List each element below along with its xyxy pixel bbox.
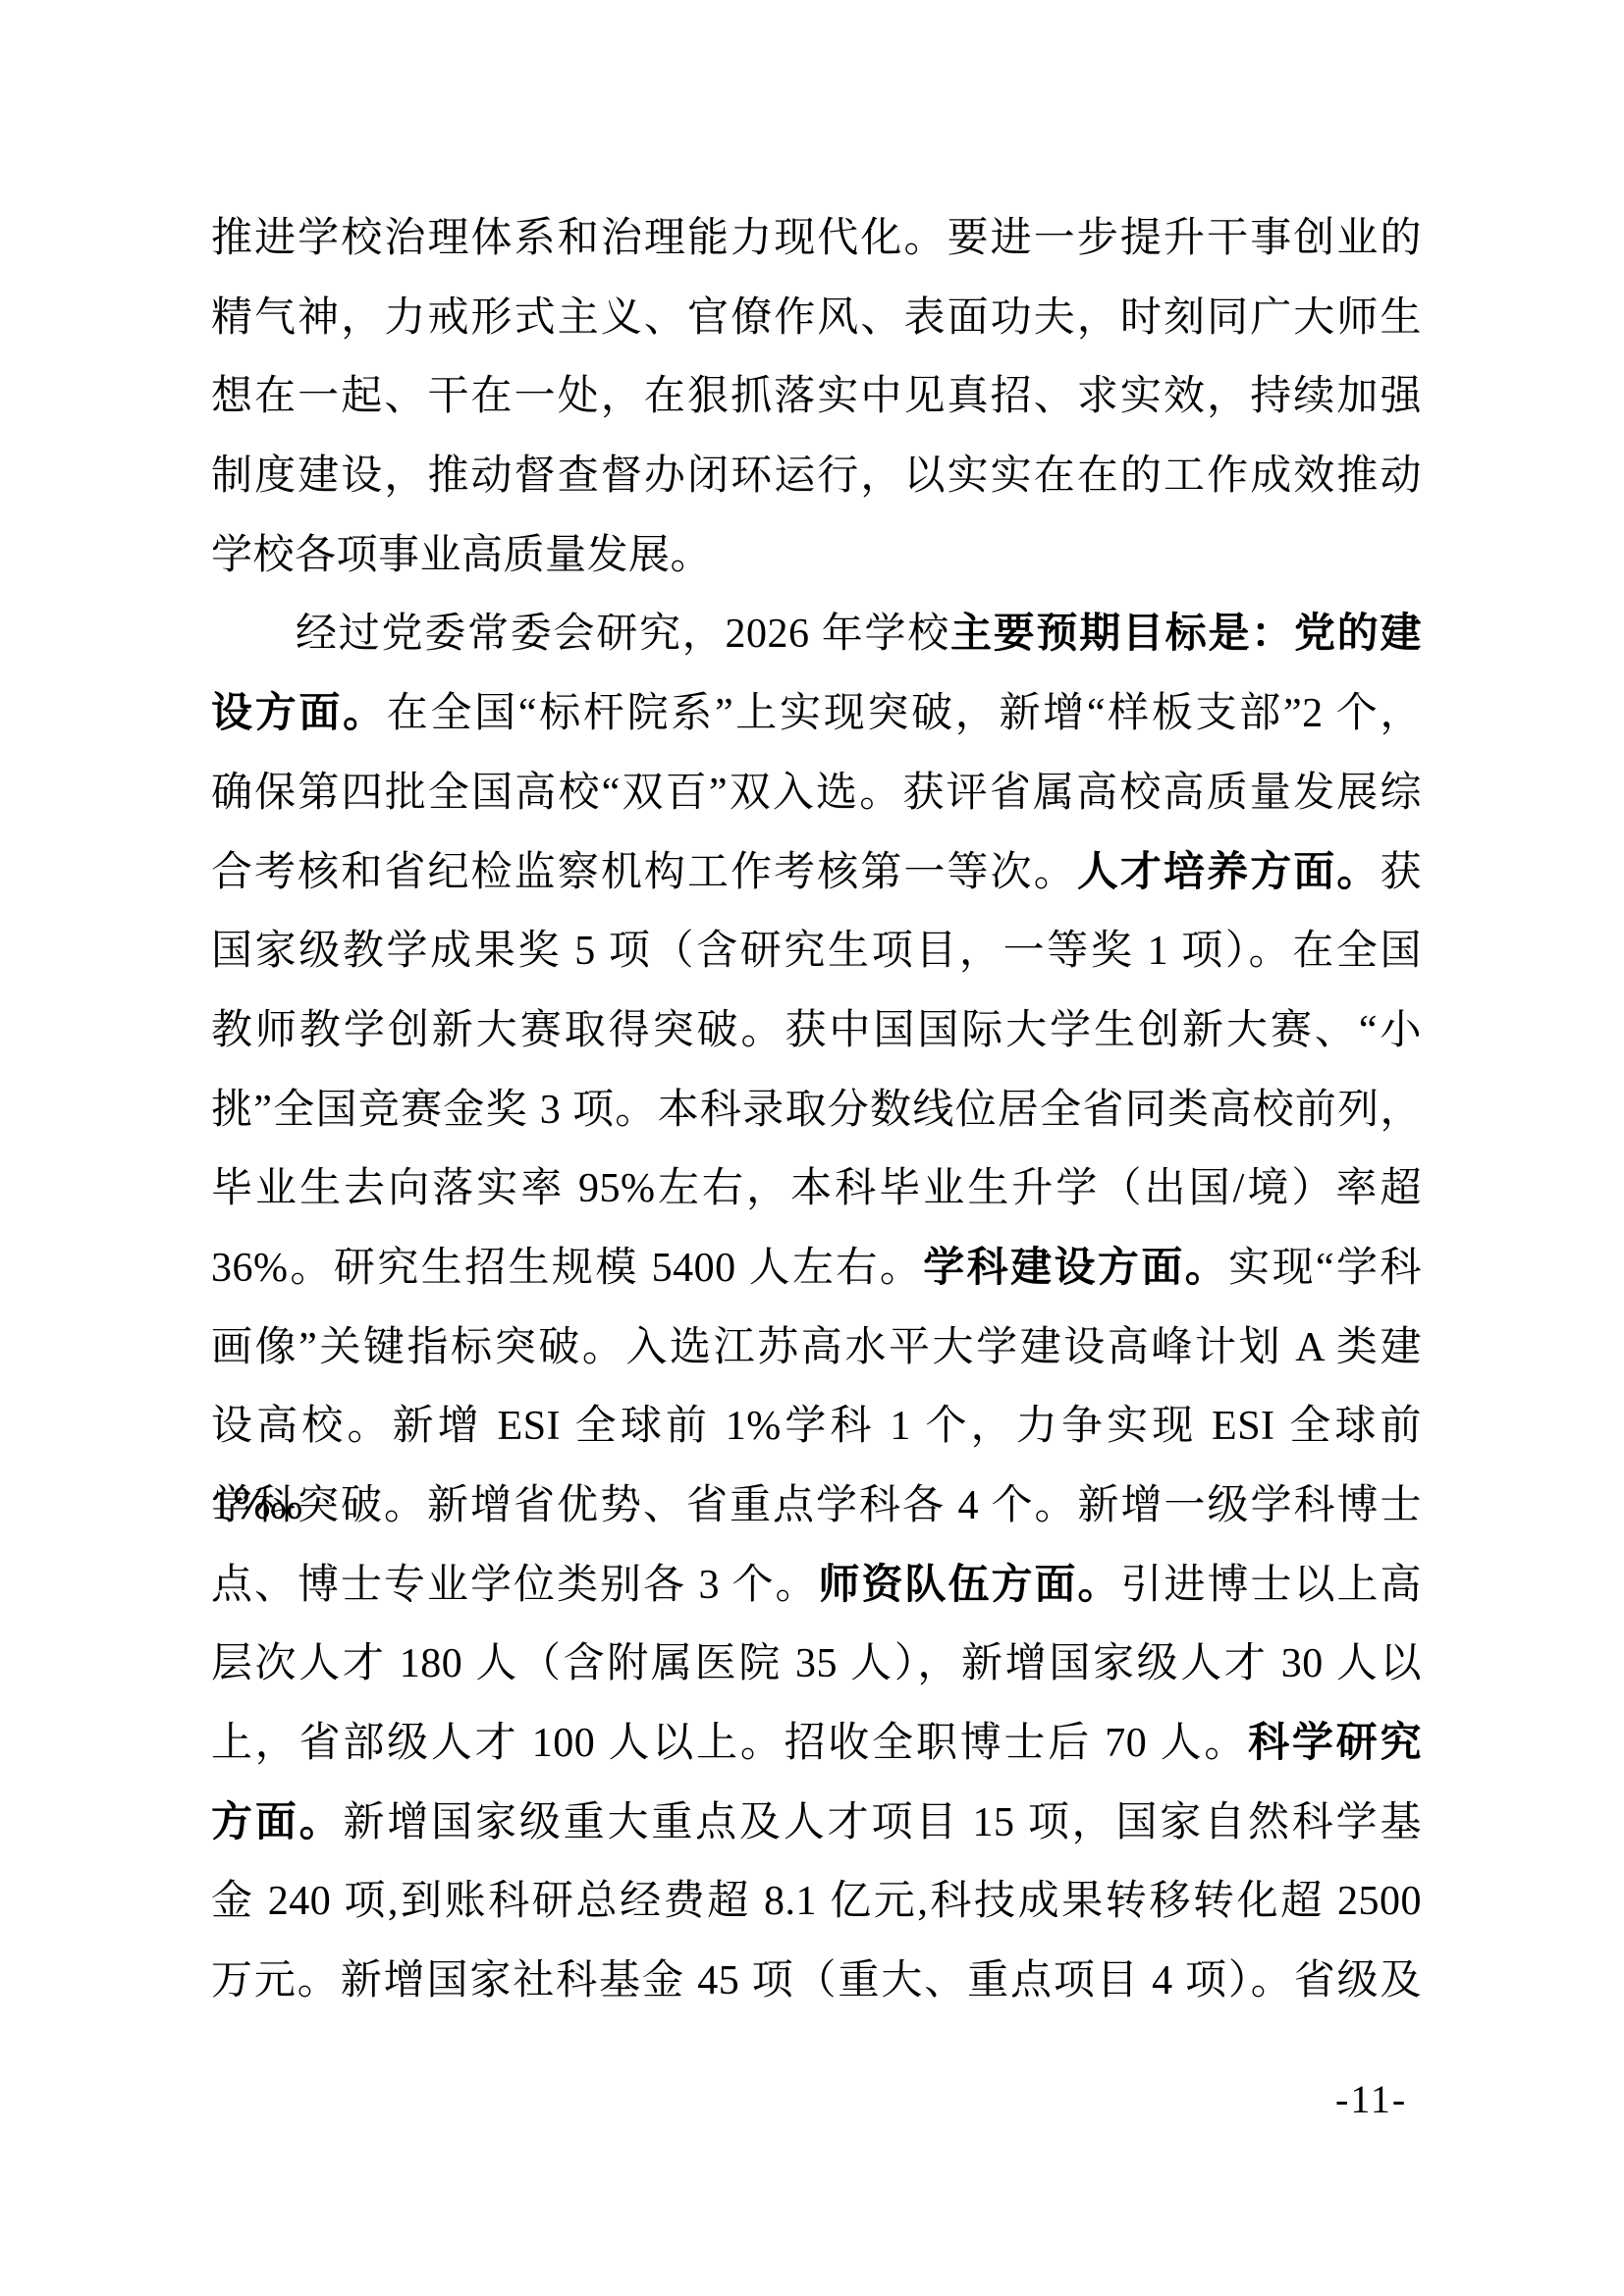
text-line: 设方面。在全国“标杆院系”上实现突破，新增“样板支部”2 个，: [211, 674, 1422, 754]
bold-text-run: 学科建设方面。: [923, 1246, 1228, 1291]
text-run: 推进学校治理体系和治理能力现代化。要进一步提升干事创业的: [211, 216, 1422, 261]
text-line: 推进学校治理体系和治理能力现代化。要进一步提升干事创业的: [211, 199, 1422, 279]
text-line: 经过党委常委会研究，2026 年学校主要预期目标是：党的建: [211, 595, 1422, 674]
page-number: -11-: [1335, 2077, 1407, 2122]
text-line: 学校各项事业高质量发展。: [211, 516, 1422, 596]
text-line: 36%。研究生招生规模 5400 人左右。学科建设方面。实现“学科: [211, 1229, 1422, 1308]
text-line: 设高校。新增 ESI 全球前 1%学科 1 个，力争实现 ESI 全球前 1‱: [211, 1387, 1422, 1467]
text-line: 毕业生去向落实率 95%左右，本科毕业生升学（出国/境）率超: [211, 1149, 1422, 1229]
bold-text-run: 科学研究: [1248, 1721, 1422, 1766]
text-run: 引进博士以上高: [1120, 1563, 1422, 1608]
bold-text-run: 方面。: [211, 1800, 344, 1845]
text-line: 学科突破。新增省优势、省重点学科各 4 个。新增一级学科博士: [211, 1467, 1422, 1546]
text-run: 上，省部级人才 100 人以上。招收全职博士后 70 人。: [211, 1721, 1248, 1766]
text-run: 金 240 项,到账科研总经费超 8.1 亿元,科技成果转移转化超 2500: [211, 1879, 1422, 1924]
text-line: 想在一起、干在一处，在狠抓落实中见真招、求实效，持续加强: [211, 357, 1422, 437]
text-line: 万元。新增国家社科基金 45 项（重大、重点项目 4 项）。省级及: [211, 1942, 1422, 2021]
text-line: 制度建设，推动督查督办闭环运行，以实实在在的工作成效推动: [211, 437, 1422, 516]
text-run: 实现“学科: [1228, 1246, 1422, 1291]
text-run: 在全国“标杆院系”上实现突破，新增“样板支部”2 个，: [387, 691, 1422, 736]
text-run: 经过党委常委会研究，2026 年学校: [296, 612, 950, 657]
text-run: 学校各项事业高质量发展。: [211, 533, 712, 578]
text-run: 获: [1380, 850, 1422, 895]
document-body: 推进学校治理体系和治理能力现代化。要进一步提升干事创业的精气神，力戒形式主义、官…: [211, 199, 1422, 2021]
text-line: 国家级教学成果奖 5 项（含研究生项目，一等奖 1 项）。在全国: [211, 912, 1422, 991]
text-run: 精气神，力戒形式主义、官僚作风、表面功夫，时刻同广大师生: [211, 295, 1422, 341]
text-run: 学科突破。新增省优势、省重点学科各 4 个。新增一级学科博士: [211, 1483, 1422, 1528]
text-line: 方面。新增国家级重大重点及人才项目 15 项，国家自然科学基: [211, 1784, 1422, 1863]
text-line: 上，省部级人才 100 人以上。招收全职博士后 70 人。科学研究: [211, 1704, 1422, 1784]
text-run: 教师教学创新大赛取得突破。获中国国际大学生创新大赛、“小: [211, 1008, 1422, 1053]
text-line: 层次人才 180 人（含附属医院 35 人），新增国家级人才 30 人以: [211, 1625, 1422, 1704]
bold-text-run: 师资队伍方面。: [818, 1563, 1120, 1608]
bold-text-run: 主要预期目标是：党的建: [950, 612, 1422, 657]
text-line: 确保第四批全国高校“双百”双入选。获评省属高校高质量发展综: [211, 754, 1422, 833]
bold-text-run: 人才培养方面。: [1077, 850, 1380, 895]
bold-text-run: 设方面。: [211, 691, 387, 736]
text-run: 确保第四批全国高校“双百”双入选。获评省属高校高质量发展综: [211, 771, 1422, 816]
text-line: 金 240 项,到账科研总经费超 8.1 亿元,科技成果转移转化超 2500: [211, 1862, 1422, 1942]
text-run: 点、博士专业学位类别各 3 个。: [211, 1563, 818, 1608]
text-run: 新增国家级重大重点及人才项目 15 项，国家自然科学基: [344, 1800, 1422, 1845]
text-line: 合考核和省纪检监察机构工作考核第一等次。人才培养方面。获: [211, 833, 1422, 913]
text-run: 挑”全国竞赛金奖 3 项。本科录取分数线位居全省同类高校前列，: [211, 1088, 1422, 1133]
text-line: 点、博士专业学位类别各 3 个。师资队伍方面。引进博士以上高: [211, 1546, 1422, 1626]
text-line: 挑”全国竞赛金奖 3 项。本科录取分数线位居全省同类高校前列，: [211, 1071, 1422, 1150]
text-line: 精气神，力戒形式主义、官僚作风、表面功夫，时刻同广大师生: [211, 279, 1422, 358]
text-run: 国家级教学成果奖 5 项（含研究生项目，一等奖 1 项）。在全国: [211, 929, 1422, 974]
text-line: 画像”关键指标突破。入选江苏高水平大学建设高峰计划 A 类建: [211, 1308, 1422, 1388]
text-run: 36%。研究生招生规模 5400 人左右。: [211, 1246, 923, 1291]
text-run: 毕业生去向落实率 95%左右，本科毕业生升学（出国/境）率超: [211, 1166, 1422, 1211]
text-run: 万元。新增国家社科基金 45 项（重大、重点项目 4 项）。省级及: [211, 1958, 1422, 2003]
text-run: 合考核和省纪检监察机构工作考核第一等次。: [211, 850, 1077, 895]
text-run: 层次人才 180 人（含附属医院 35 人），新增国家级人才 30 人以: [211, 1641, 1422, 1686]
text-line: 教师教学创新大赛取得突破。获中国国际大学生创新大赛、“小: [211, 991, 1422, 1071]
document-page: 推进学校治理体系和治理能力现代化。要进一步提升干事创业的精气神，力戒形式主义、官…: [0, 0, 1624, 2296]
text-run: 制度建设，推动督查督办闭环运行，以实实在在的工作成效推动: [211, 454, 1422, 499]
text-run: 想在一起、干在一处，在狠抓落实中见真招、求实效，持续加强: [211, 374, 1422, 419]
text-run: 画像”关键指标突破。入选江苏高水平大学建设高峰计划 A 类建: [211, 1325, 1422, 1370]
